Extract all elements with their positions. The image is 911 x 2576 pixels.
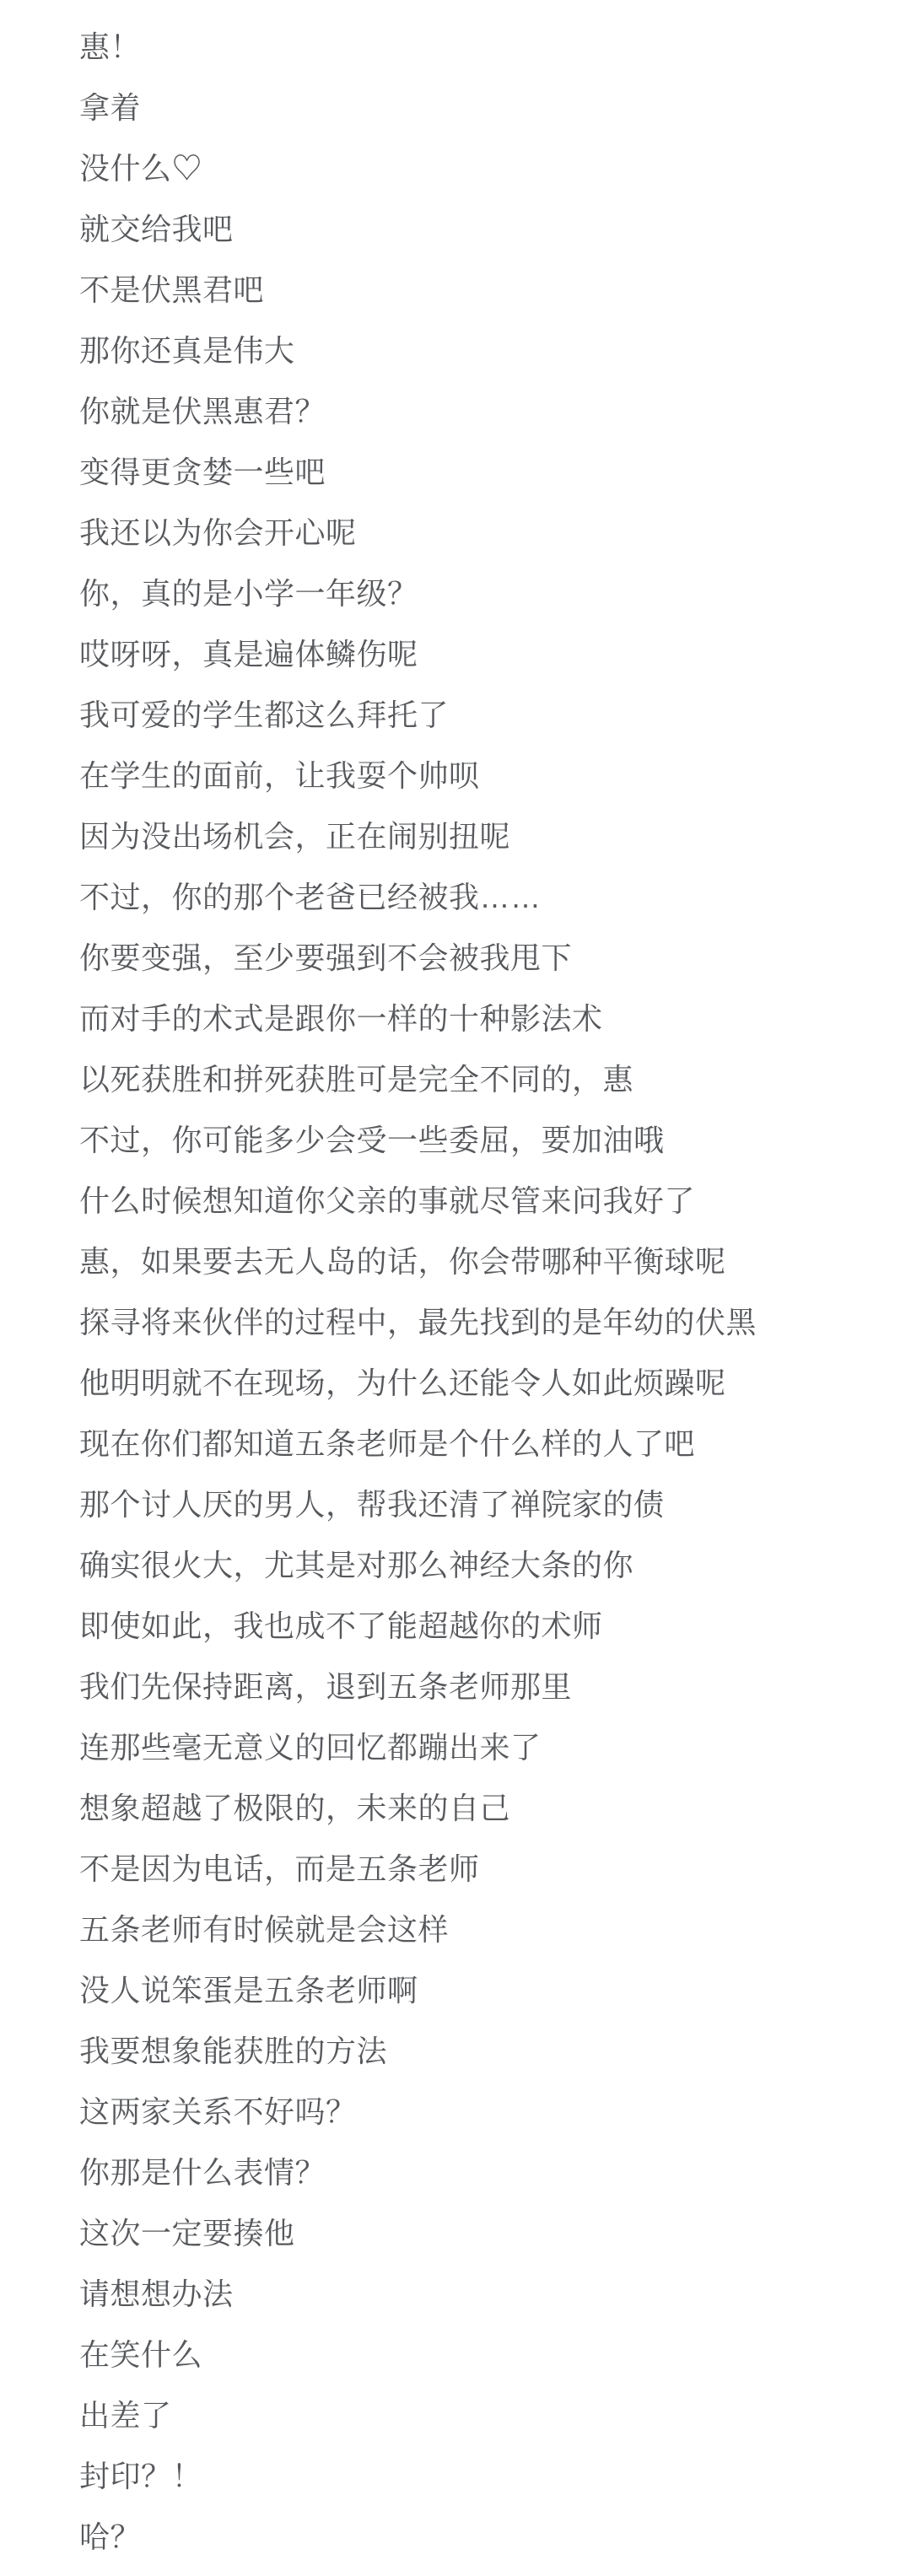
quote-line: 出差了 bbox=[79, 2385, 894, 2446]
quote-line: 在笑什么 bbox=[79, 2325, 894, 2385]
quote-line: 以死获胜和拼死获胜可是完全不同的，惠 bbox=[79, 1049, 894, 1110]
quote-line: 没什么♡ bbox=[79, 138, 894, 199]
quote-line: 这次一定要揍他 bbox=[79, 2203, 894, 2264]
quote-line: 我可爱的学生都这么拜托了 bbox=[79, 685, 894, 746]
quote-line: 封印？！ bbox=[79, 2446, 894, 2507]
quote-line: 不过，你的那个老爸已经被我…… bbox=[79, 867, 894, 928]
quote-line: 连那些毫无意义的回忆都蹦出来了 bbox=[79, 1717, 894, 1778]
quote-line: 想象超越了极限的，未来的自己 bbox=[79, 1778, 894, 1839]
quote-line: 请想想办法 bbox=[79, 2264, 894, 2325]
quote-line: 确实很火大，尤其是对那么神经大条的你 bbox=[79, 1535, 894, 1596]
quote-line: 你就是伏黑惠君？ bbox=[79, 381, 894, 442]
quote-line: 拿着 bbox=[79, 78, 894, 138]
quote-line: 哈？ bbox=[79, 2507, 894, 2568]
quote-line: 变得更贪婪一些吧 bbox=[79, 442, 894, 503]
quote-line: 那你还真是伟大 bbox=[79, 321, 894, 381]
quote-line: 你，真的是小学一年级？ bbox=[79, 563, 894, 624]
quote-line: 这两家关系不好吗？ bbox=[79, 2082, 894, 2142]
quote-line: 不是因为电话，而是五条老师 bbox=[79, 1839, 894, 1900]
quote-line: 即使如此，我也成不了能超越你的术师 bbox=[79, 1596, 894, 1657]
quote-line: 而对手的术式是跟你一样的十种影法术 bbox=[79, 989, 894, 1049]
quote-line: 没人说笨蛋是五条老师啊 bbox=[79, 1960, 894, 2021]
quote-line: 哎呀呀，真是遍体鳞伤呢 bbox=[79, 624, 894, 685]
quote-line: 你那是什么表情？ bbox=[79, 2142, 894, 2203]
quote-line: 现在你们都知道五条老师是个什么样的人了吧 bbox=[79, 1414, 894, 1474]
quote-line: 不过，你可能多少会受一些委屈，要加油哦 bbox=[79, 1110, 894, 1171]
quote-line: 你要变强，至少要强到不会被我甩下 bbox=[79, 928, 894, 989]
quote-line: 他明明就不在现场，为什么还能令人如此烦躁呢 bbox=[79, 1353, 894, 1414]
quote-line: 五条老师有时候就是会这样 bbox=[79, 1900, 894, 1960]
quote-line: 我还以为你会开心呢 bbox=[79, 503, 894, 563]
quote-line: 我们先保持距离，退到五条老师那里 bbox=[79, 1657, 894, 1717]
quote-line: 在学生的面前，让我耍个帅呗 bbox=[79, 746, 894, 806]
quote-line: 探寻将来伙伴的过程中，最先找到的是年幼的伏黑 bbox=[79, 1292, 894, 1353]
quote-line: 因为没出场机会，正在闹别扭呢 bbox=[79, 806, 894, 867]
quote-line: 就交给我吧 bbox=[79, 199, 894, 260]
quote-line: 不是伏黑君吧 bbox=[79, 260, 894, 321]
quote-line: 什么时候想知道你父亲的事就尽管来问我好了 bbox=[79, 1171, 894, 1231]
quote-line: 惠！ bbox=[79, 17, 894, 78]
quote-line: 那个讨人厌的男人，帮我还清了禅院家的债 bbox=[79, 1474, 894, 1535]
quote-line: 惠，如果要去无人岛的话，你会带哪种平衡球呢 bbox=[79, 1231, 894, 1292]
page: 惠！拿着没什么♡就交给我吧不是伏黑君吧那你还真是伟大你就是伏黑惠君？变得更贪婪一… bbox=[0, 0, 911, 2576]
quote-line: 我要想象能获胜的方法 bbox=[79, 2021, 894, 2082]
quote-list: 惠！拿着没什么♡就交给我吧不是伏黑君吧那你还真是伟大你就是伏黑惠君？变得更贪婪一… bbox=[0, 0, 911, 2568]
